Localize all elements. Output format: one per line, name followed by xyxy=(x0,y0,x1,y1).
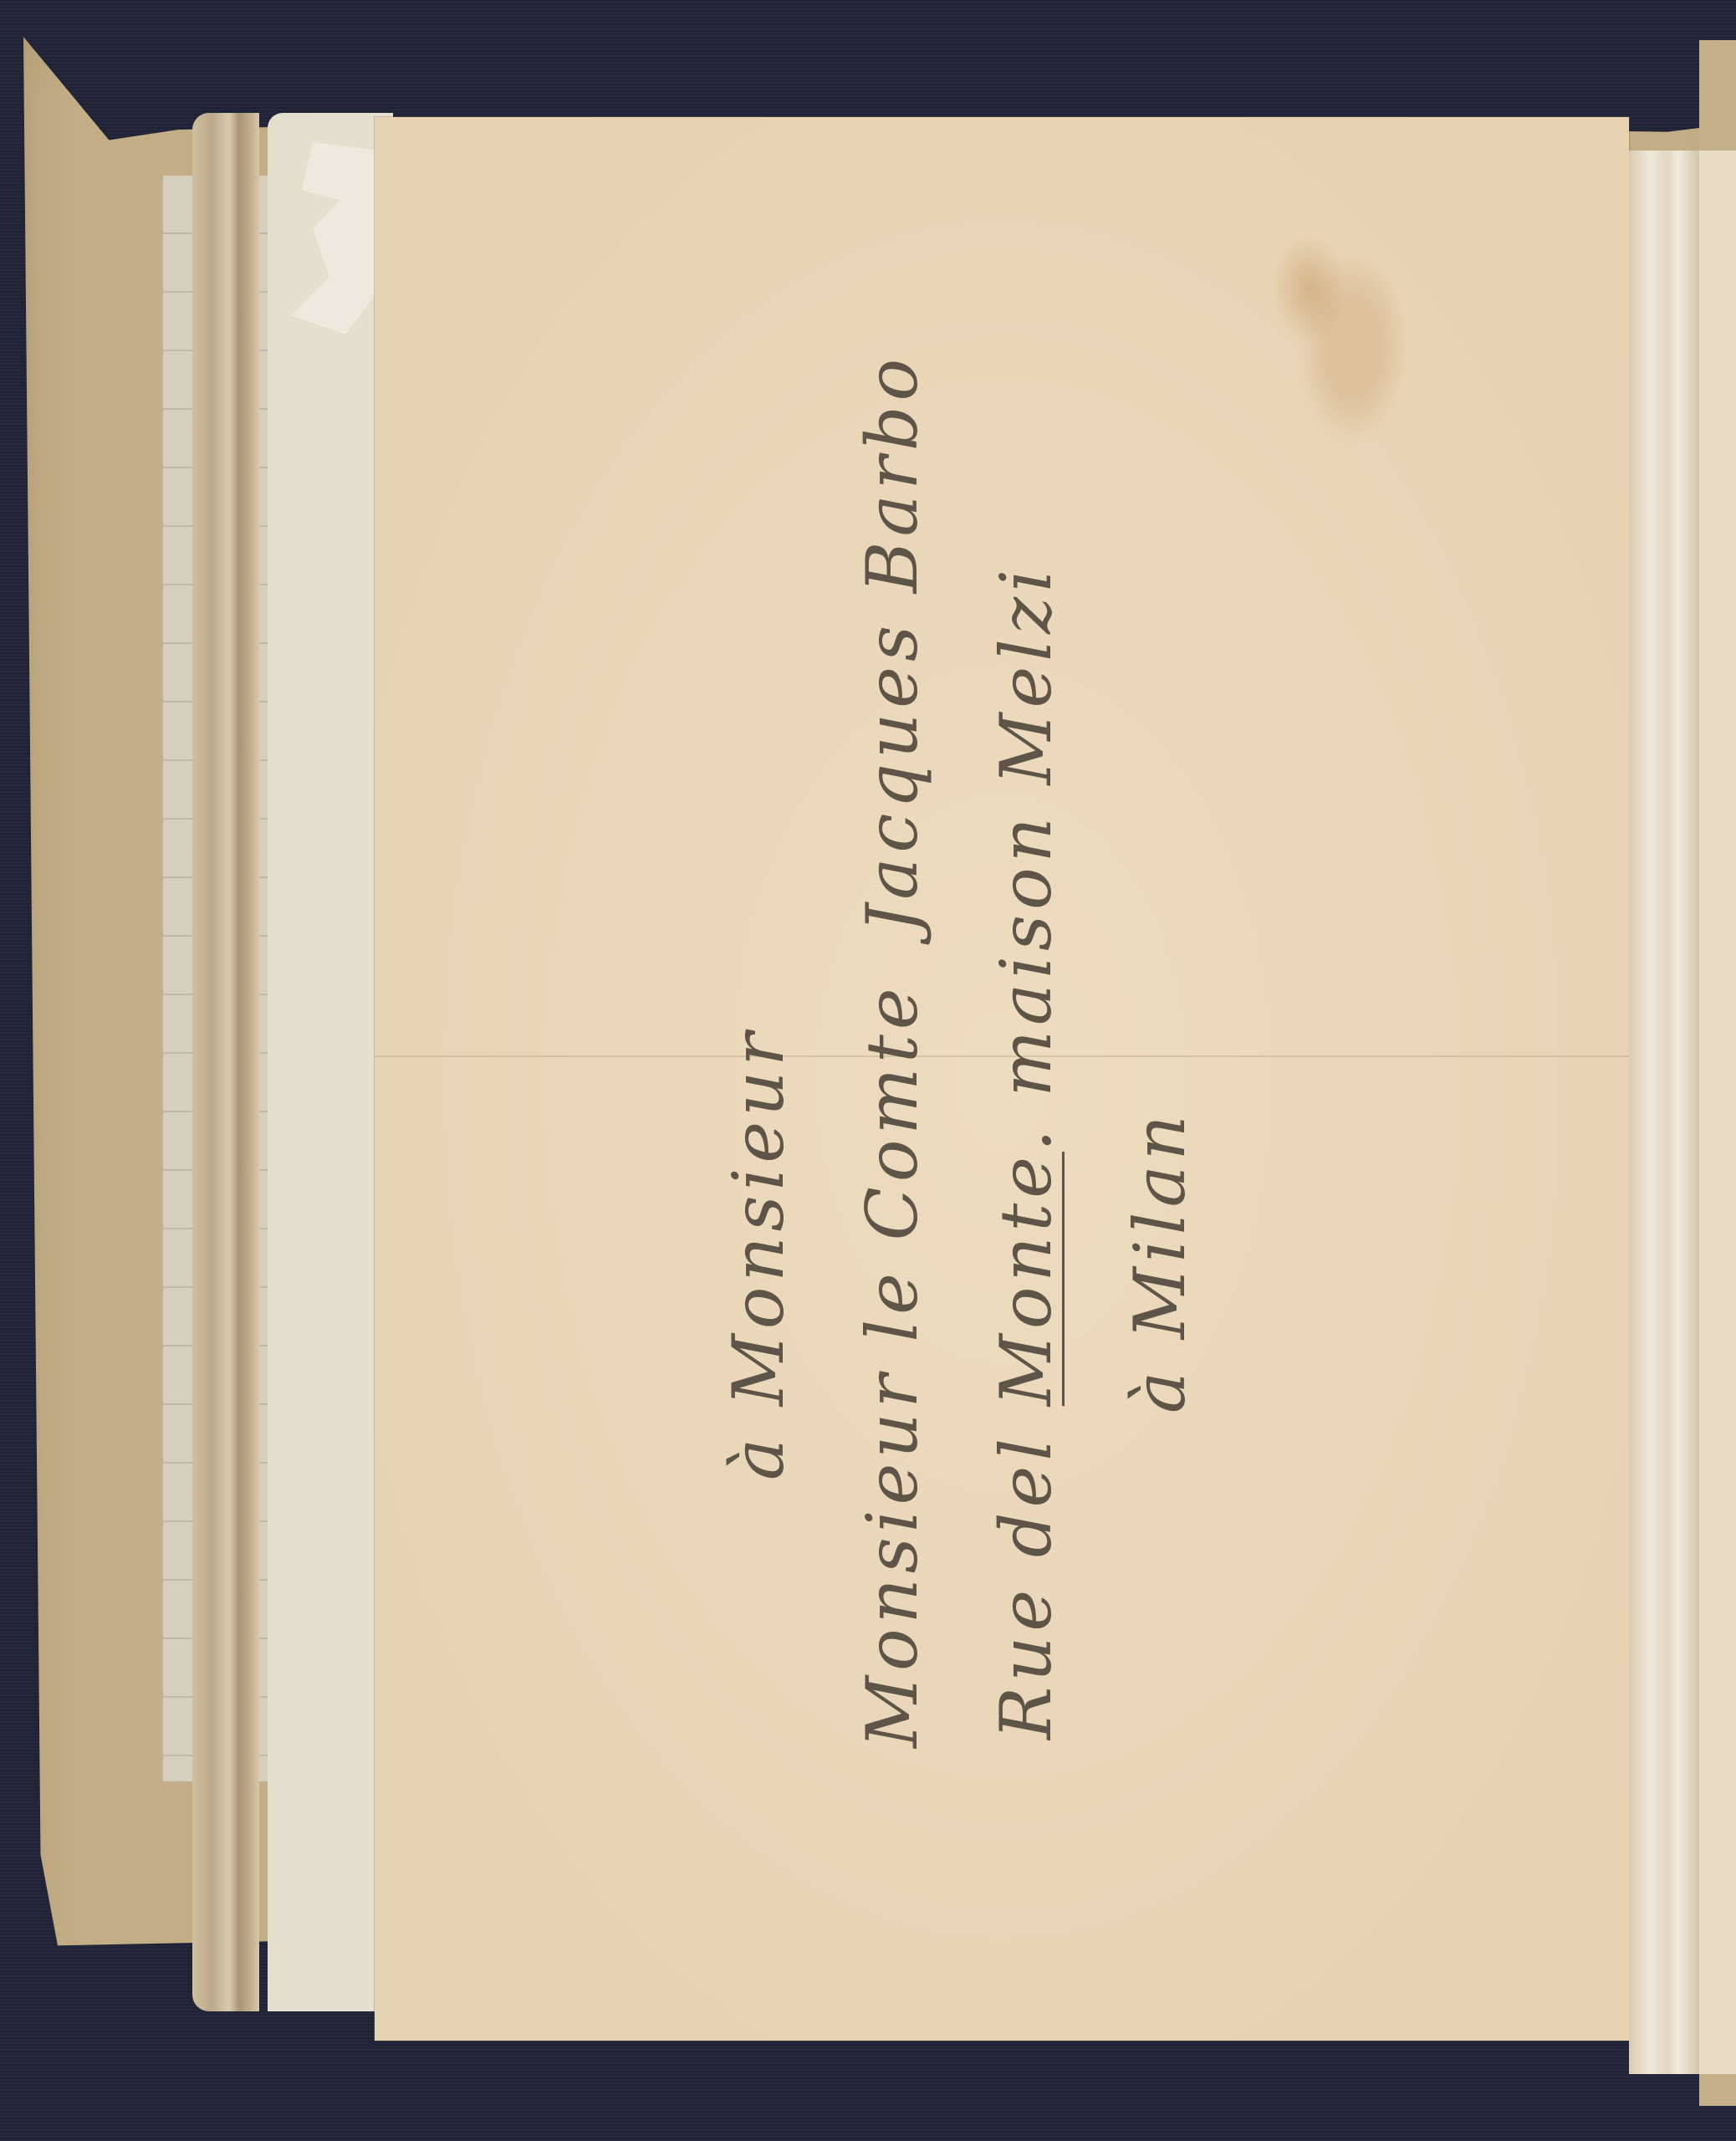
binding-gutter-pages xyxy=(1629,151,1699,2074)
handwritten-address: à Monsieur Monsieur le ComteJacques Barb… xyxy=(709,243,1294,1915)
address-line-street: Rue del Monte. maison Melzi xyxy=(985,565,1067,1740)
street-prefix: Rue del xyxy=(985,1433,1067,1740)
street-house: . maison Melzi xyxy=(985,565,1067,1152)
recipient-name: Jacques Barbo xyxy=(851,354,933,933)
street-name: Monte xyxy=(985,1152,1067,1406)
address-line-salutation: à Monsieur xyxy=(717,1028,799,1480)
address-line-city: à Milan xyxy=(1119,1110,1201,1413)
facing-page-edge xyxy=(1699,151,1736,2074)
address-line-recipient: Monsieur le ComteJacques Barbo xyxy=(851,354,933,1748)
recipient-title: Monsieur le Comte xyxy=(851,983,933,1748)
page-stack-edge xyxy=(192,113,259,2011)
